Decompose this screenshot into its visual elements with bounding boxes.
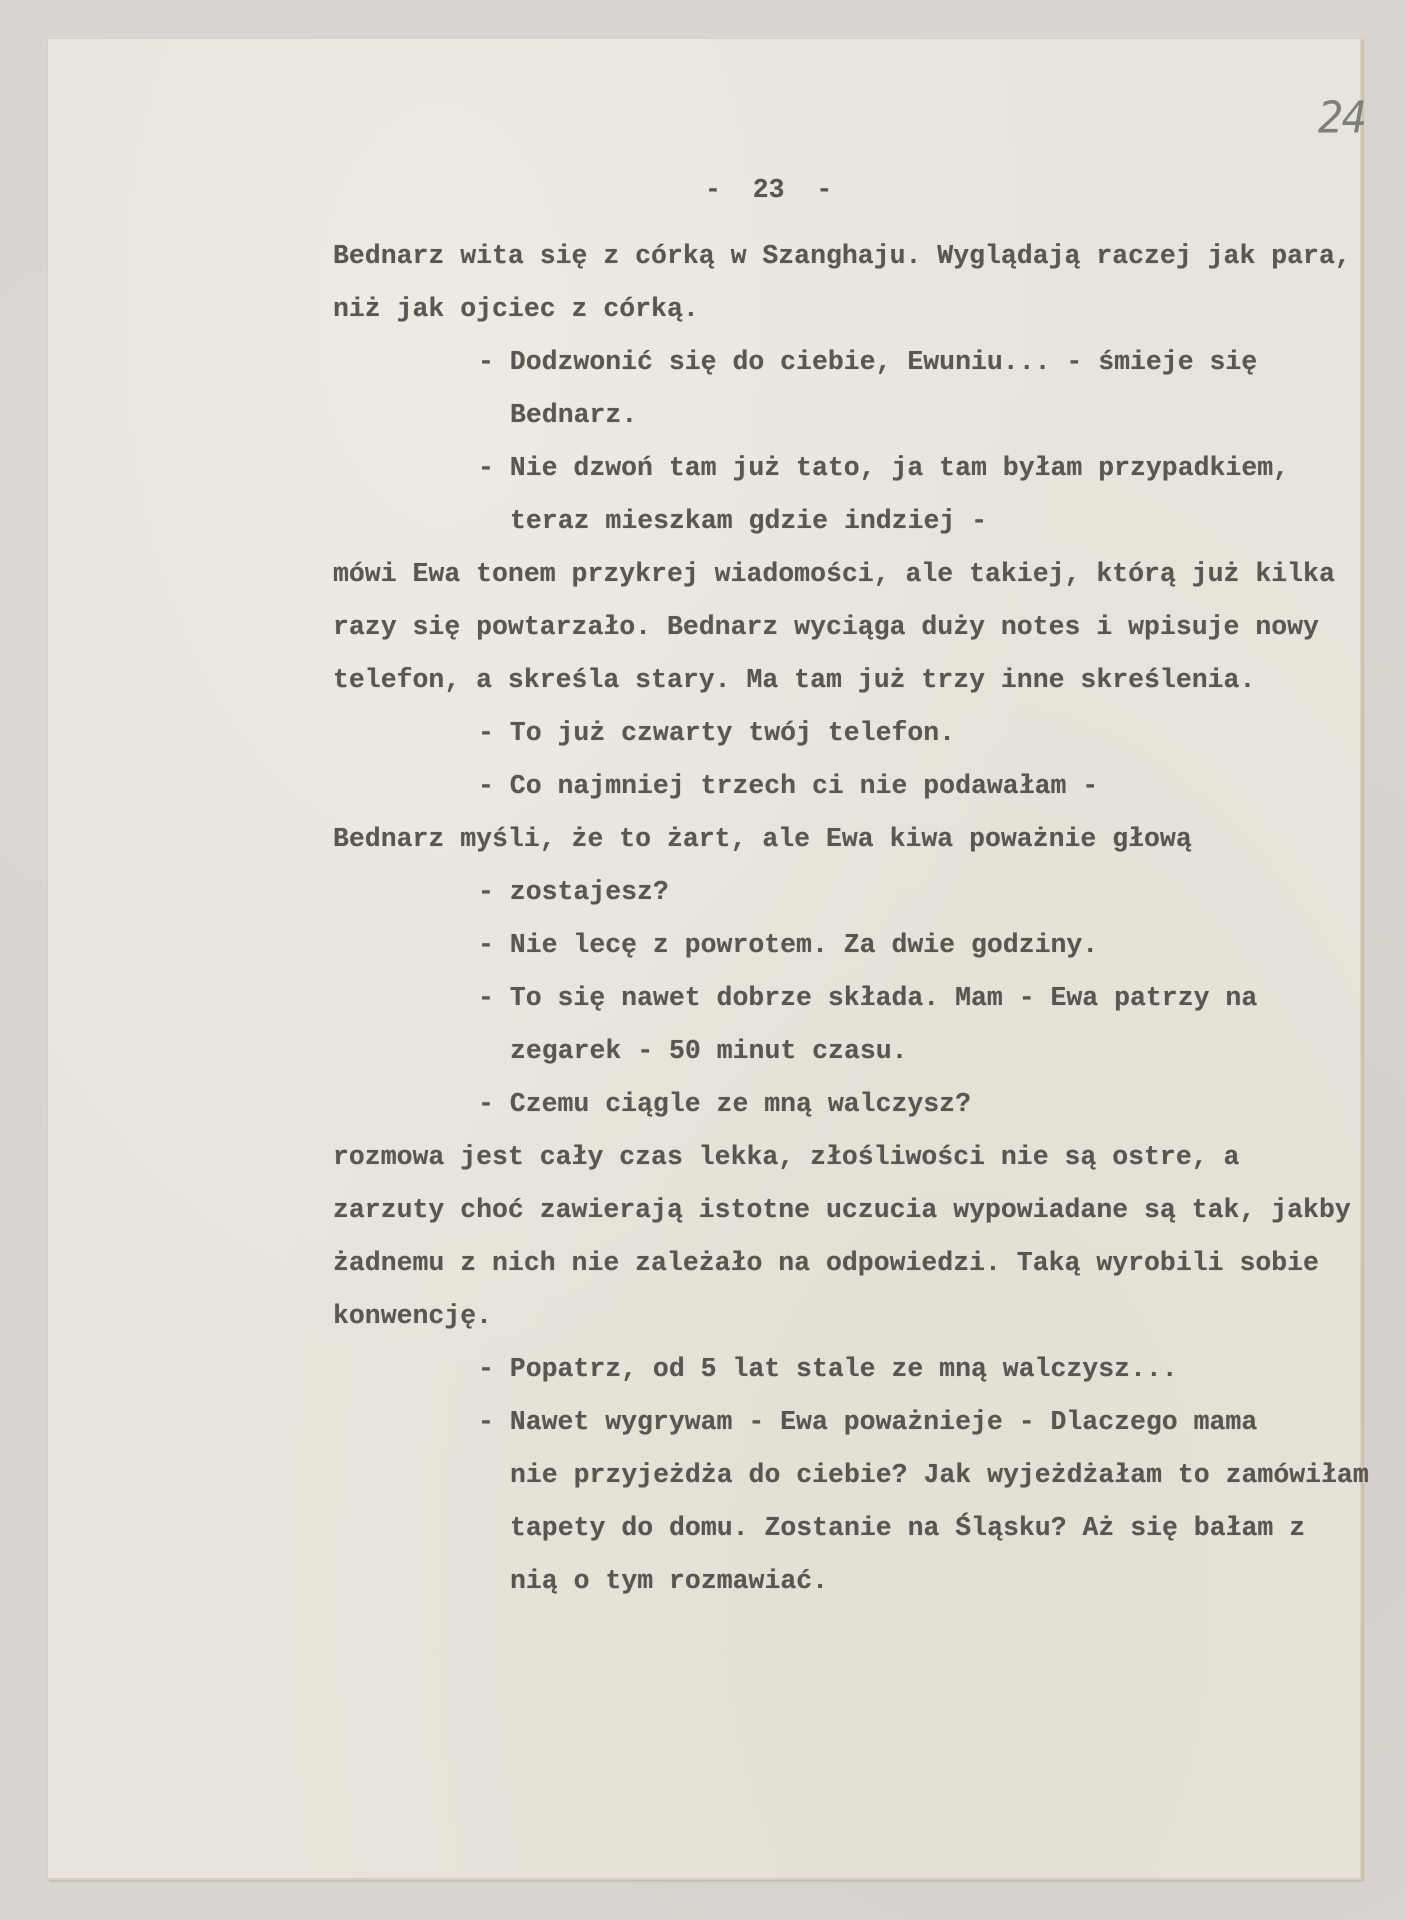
text-line: Bednarz myśli, że to żart, ale Ewa kiwa … (333, 826, 1192, 853)
text-line: mówi Ewa tonem przykrej wiadomości, ale … (333, 561, 1335, 588)
handwritten-folio-number: 24 (1318, 93, 1365, 144)
dialogue-continuation: teraz mieszkam gdzie indziej - (510, 508, 987, 535)
dialogue-line: - Dodzwonić się do ciebie, Ewuniu... - ś… (478, 349, 1257, 376)
text-line: niż jak ojciec z córką. (333, 296, 699, 323)
page-number: - 23 - (705, 177, 832, 204)
text-line: rozmowa jest cały czas lekka, złośliwośc… (333, 1144, 1239, 1171)
dialogue-line: - To już czwarty twój telefon. (478, 720, 955, 747)
dialogue-continuation: Bednarz. (510, 402, 637, 429)
dialogue-line: - zostajesz? (478, 879, 669, 906)
dialogue-line: - Czemu ciągle ze mną walczysz? (478, 1091, 971, 1118)
dialogue-continuation: zegarek - 50 minut czasu. (510, 1038, 908, 1065)
dialogue-line: - To się nawet dobrze składa. Mam - Ewa … (478, 985, 1257, 1012)
dialogue-line: - Nawet wygrywam - Ewa poważnieje - Dlac… (478, 1409, 1257, 1436)
typewritten-page: 24 - 23 - Bednarz wita się z córką w Sza… (48, 39, 1362, 1880)
text-line: razy się powtarzało. Bednarz wyciąga duż… (333, 614, 1319, 641)
text-line: konwencję. (333, 1303, 492, 1330)
dialogue-continuation: nie przyjeżdża do ciebie? Jak wyjeżdżała… (510, 1462, 1369, 1489)
text-line: telefon, a skreśla stary. Ma tam już trz… (333, 667, 1255, 694)
text-line: zarzuty choć zawierają istotne uczucia w… (333, 1197, 1351, 1224)
dialogue-line: - Nie dzwoń tam już tato, ja tam byłam p… (478, 455, 1289, 482)
dialogue-line: - Co najmniej trzech ci nie podawałam - (478, 773, 1098, 800)
dialogue-line: - Nie lecę z powrotem. Za dwie godziny. (478, 932, 1098, 959)
text-line: Bednarz wita się z córką w Szanghaju. Wy… (333, 243, 1351, 270)
text-line: żadnemu z nich nie zależało na odpowiedz… (333, 1250, 1319, 1277)
dialogue-continuation: nią o tym rozmawiać. (510, 1568, 828, 1595)
dialogue-continuation: tapety do domu. Zostanie na Śląsku? Aż s… (510, 1515, 1305, 1542)
dialogue-line: - Popatrz, od 5 lat stale ze mną walczys… (478, 1356, 1178, 1383)
